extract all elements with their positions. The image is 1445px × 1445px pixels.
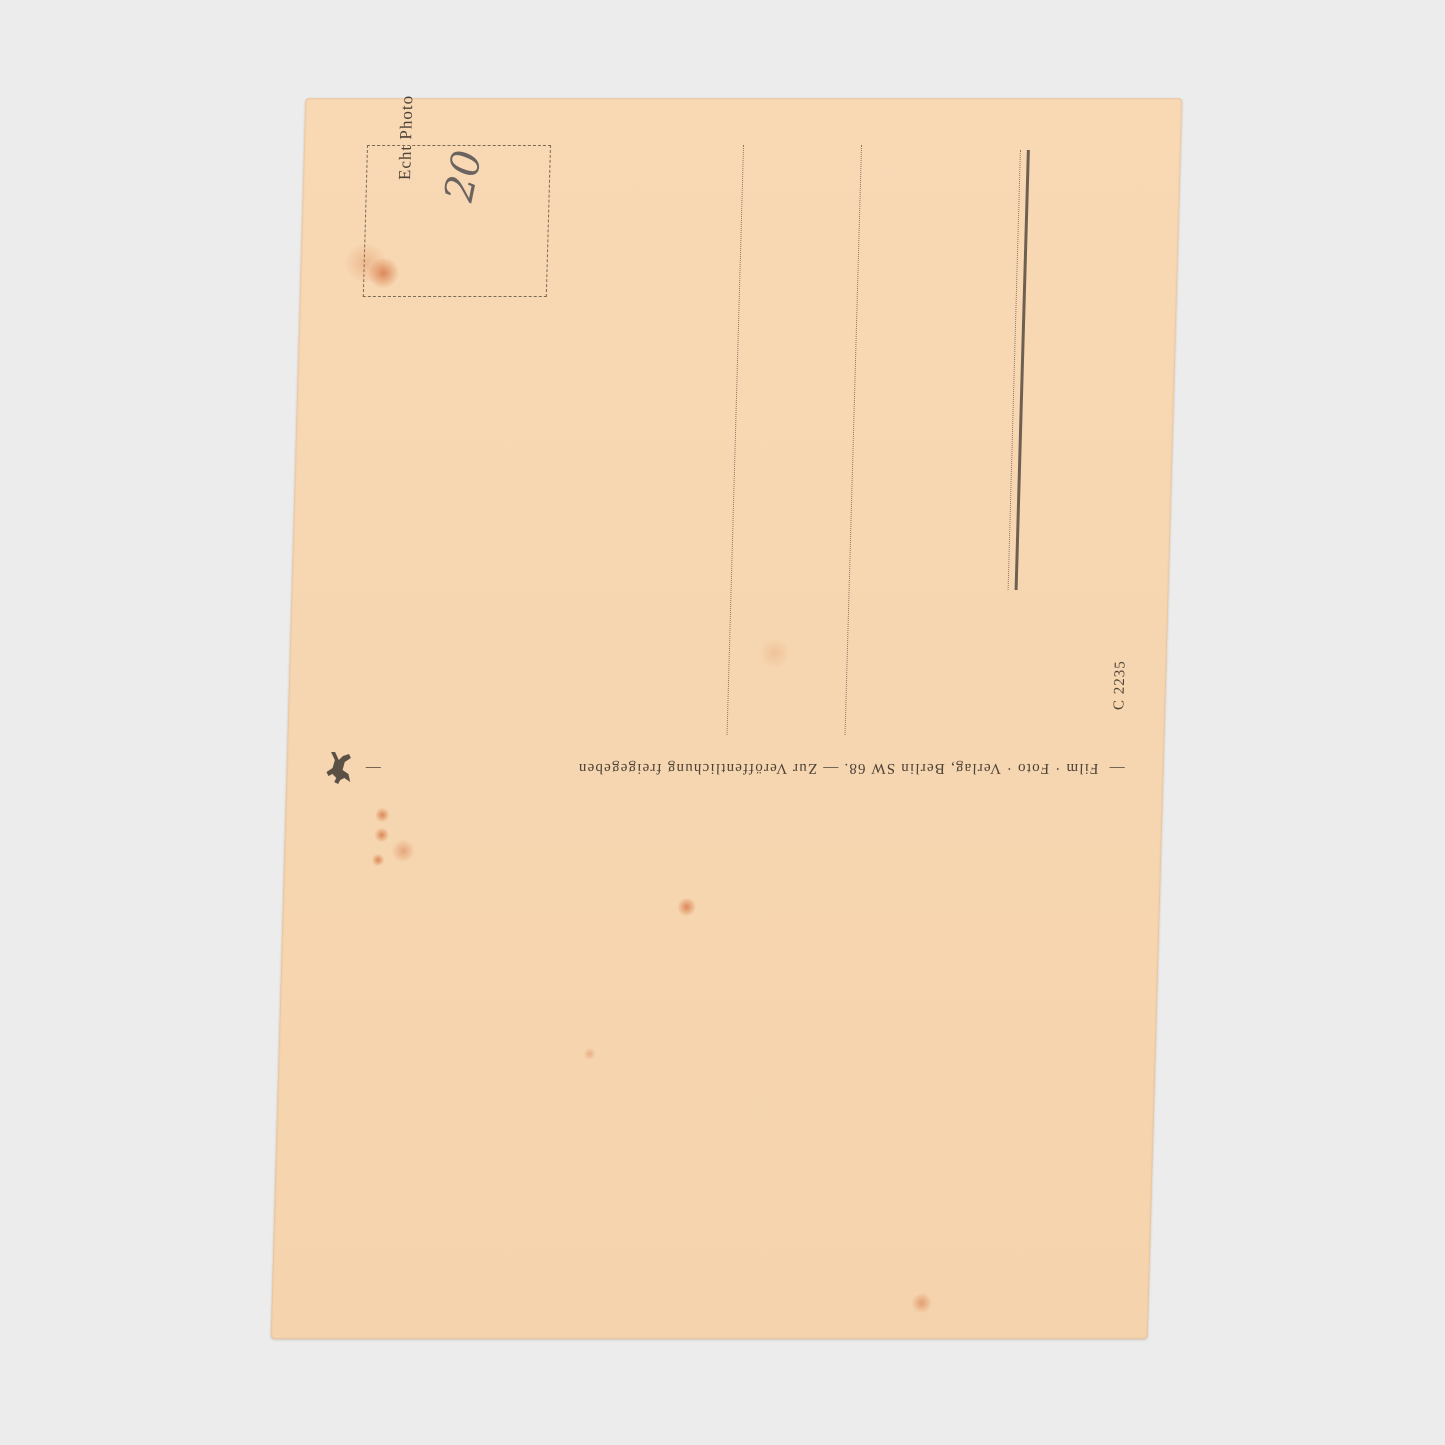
age-stain <box>677 898 696 916</box>
address-solid-line <box>1015 150 1030 590</box>
message-divider-line-right <box>845 145 862 735</box>
publisher-imprint: — Film · Foto · Verlag, Berlin SW 68. — … <box>324 750 1125 786</box>
leading-dash: — <box>1108 760 1125 777</box>
dancing-figure-logo-icon <box>324 750 355 786</box>
message-divider-line-left <box>727 145 744 735</box>
age-stain <box>375 828 389 842</box>
echt-photo-label: Echt Photo <box>395 95 417 180</box>
age-stain <box>759 638 790 668</box>
age-stain <box>375 808 389 822</box>
age-stain <box>392 840 415 862</box>
publisher-text: Film · Foto · Verlag, Berlin SW 68. — Zu… <box>577 760 1098 777</box>
catalog-code: C 2235 <box>1111 660 1129 710</box>
age-stain <box>372 854 384 866</box>
age-stain <box>911 1293 932 1313</box>
age-stain <box>583 1048 595 1060</box>
postcard-back: Echt Photo 20 — Film · Foto · Verlag, Be… <box>271 98 1183 1339</box>
trailing-dash: — <box>364 760 381 777</box>
